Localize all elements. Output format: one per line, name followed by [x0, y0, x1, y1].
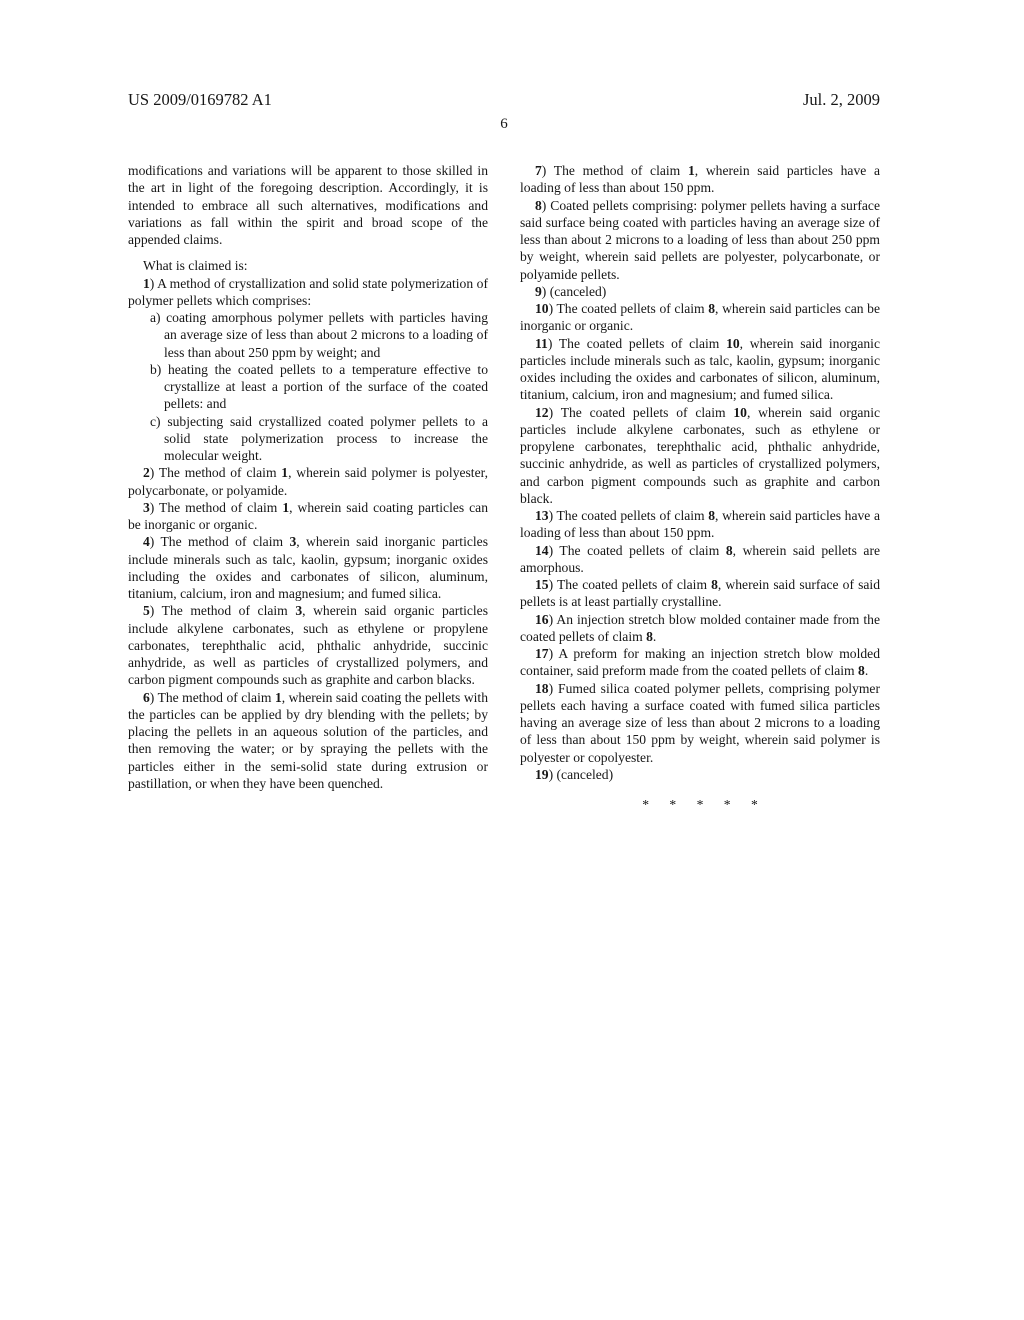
claim-3: 3) The method of claim 1, wherein said c… [128, 499, 488, 534]
claim-1-step-a: a) coating amorphous polymer pellets wit… [128, 309, 488, 361]
claim-10: 10) The coated pellets of claim 8, where… [520, 300, 880, 335]
publication-number: US 2009/0169782 A1 [128, 90, 272, 110]
claim-7: 7) The method of claim 1, wherein said p… [520, 162, 880, 197]
right-column: 7) The method of claim 1, wherein said p… [520, 162, 880, 813]
claim-18: 18) Fumed silica coated polymer pellets,… [520, 680, 880, 766]
claim-17: 17) A preform for making an injection st… [520, 645, 880, 680]
claim-13: 13) The coated pellets of claim 8, where… [520, 507, 880, 542]
publication-date: Jul. 2, 2009 [803, 90, 880, 110]
claim-1-step-c: c) subjecting said crystallized coated p… [128, 413, 488, 465]
claim-8: 8) Coated pellets comprising: polymer pe… [520, 197, 880, 283]
claims-end-marker: * * * * * [520, 796, 880, 813]
claim-5: 5) The method of claim 3, wherein said o… [128, 602, 488, 688]
claim-2: 2) The method of claim 1, wherein said p… [128, 464, 488, 499]
claim-19: 19) (canceled) [520, 766, 880, 783]
claim-1: 1) A method of crystallization and solid… [128, 275, 488, 310]
claim-14: 14) The coated pellets of claim 8, where… [520, 542, 880, 577]
claims-preamble: What is claimed is: [128, 257, 488, 274]
claim-1-step-b: b) heating the coated pellets to a tempe… [128, 361, 488, 413]
claim-16: 16) An injection stretch blow molded con… [520, 611, 880, 646]
claims-body: modifications and variations will be app… [128, 162, 880, 813]
page-header: US 2009/0169782 A1 Jul. 2, 2009 [128, 90, 880, 110]
claim-11: 11) The coated pellets of claim 10, wher… [520, 335, 880, 404]
claim-4: 4) The method of claim 3, wherein said i… [128, 533, 488, 602]
claim-6: 6) The method of claim 1, wherein said c… [128, 689, 488, 793]
patent-page: US 2009/0169782 A1 Jul. 2, 2009 6 modifi… [128, 0, 880, 813]
left-column: modifications and variations will be app… [128, 162, 488, 813]
page-number: 6 [128, 116, 880, 133]
claim-15: 15) The coated pellets of claim 8, where… [520, 576, 880, 611]
claim-12: 12) The coated pellets of claim 10, wher… [520, 404, 880, 508]
description-continuation: modifications and variations will be app… [128, 162, 488, 248]
claim-9: 9) (canceled) [520, 283, 880, 300]
